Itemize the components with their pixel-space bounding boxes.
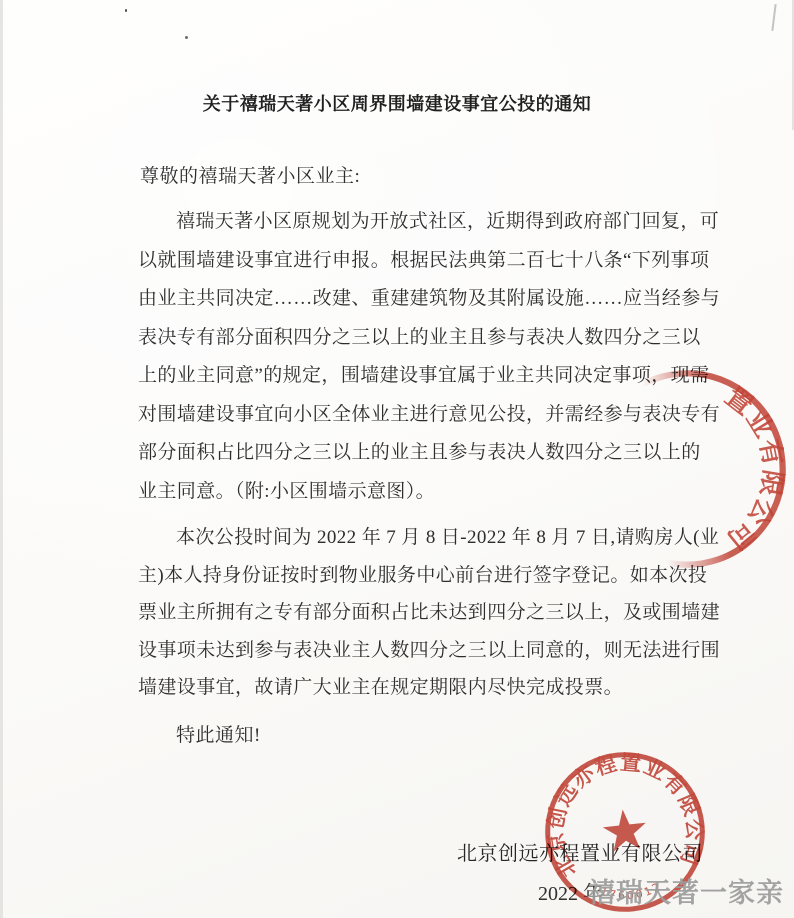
notice-title: 关于禧瑞天著小区周界围墙建设事宜公投的通知 <box>0 90 794 116</box>
svg-text:置业有限公司: 置业有限公司 <box>665 379 794 561</box>
seal-star-icon <box>601 807 648 852</box>
body-line: 票业主所拥有之专有部分面积占比未达到四分之三以上，及或围墙建 <box>138 594 672 632</box>
body-line: 由业主共同决定……改建、重建建筑物及其附属设施……应当经参与 <box>138 280 672 319</box>
seal-ring <box>559 341 794 597</box>
body-line: 墙建设事宜，故请广大业主在规定期限内尽快完成投票。 <box>138 669 672 707</box>
seal-ring-text: 置业有限公司 <box>665 379 794 561</box>
photo-watermark-text: 禧瑞天著一家亲 <box>588 871 784 910</box>
body-line: 表决专有部分面积四分之三以上的业主且参与表决人数四分之三以 <box>138 319 672 358</box>
scan-edge-artifact-left <box>0 0 3 918</box>
paper-speck <box>125 9 127 12</box>
notice-document-page: 关于禧瑞天著小区周界围墙建设事宜公投的通知 尊敬的禧瑞天著小区业主: 禧瑞天著小… <box>0 0 794 918</box>
salutation-line: 尊敬的禧瑞天著小区业主: <box>140 161 360 188</box>
scan-mark-artifact <box>771 4 776 31</box>
body-line: 设事项未达到参与表决业主人数四分之三以上同意的，则无法进行围 <box>138 632 672 670</box>
partial-company-seal-stamp: 置业有限公司 2161 <box>583 365 791 573</box>
body-line: 以就围墙建设事宜进行申报。根据民法典第二百七十八条“下列事项 <box>138 242 672 281</box>
closing-line: 特此通知! <box>138 720 261 747</box>
body-line: 禧瑞天著小区原规划为开放式社区，近期得到政府部门回复，可 <box>138 203 672 242</box>
paper-speck <box>185 36 188 39</box>
